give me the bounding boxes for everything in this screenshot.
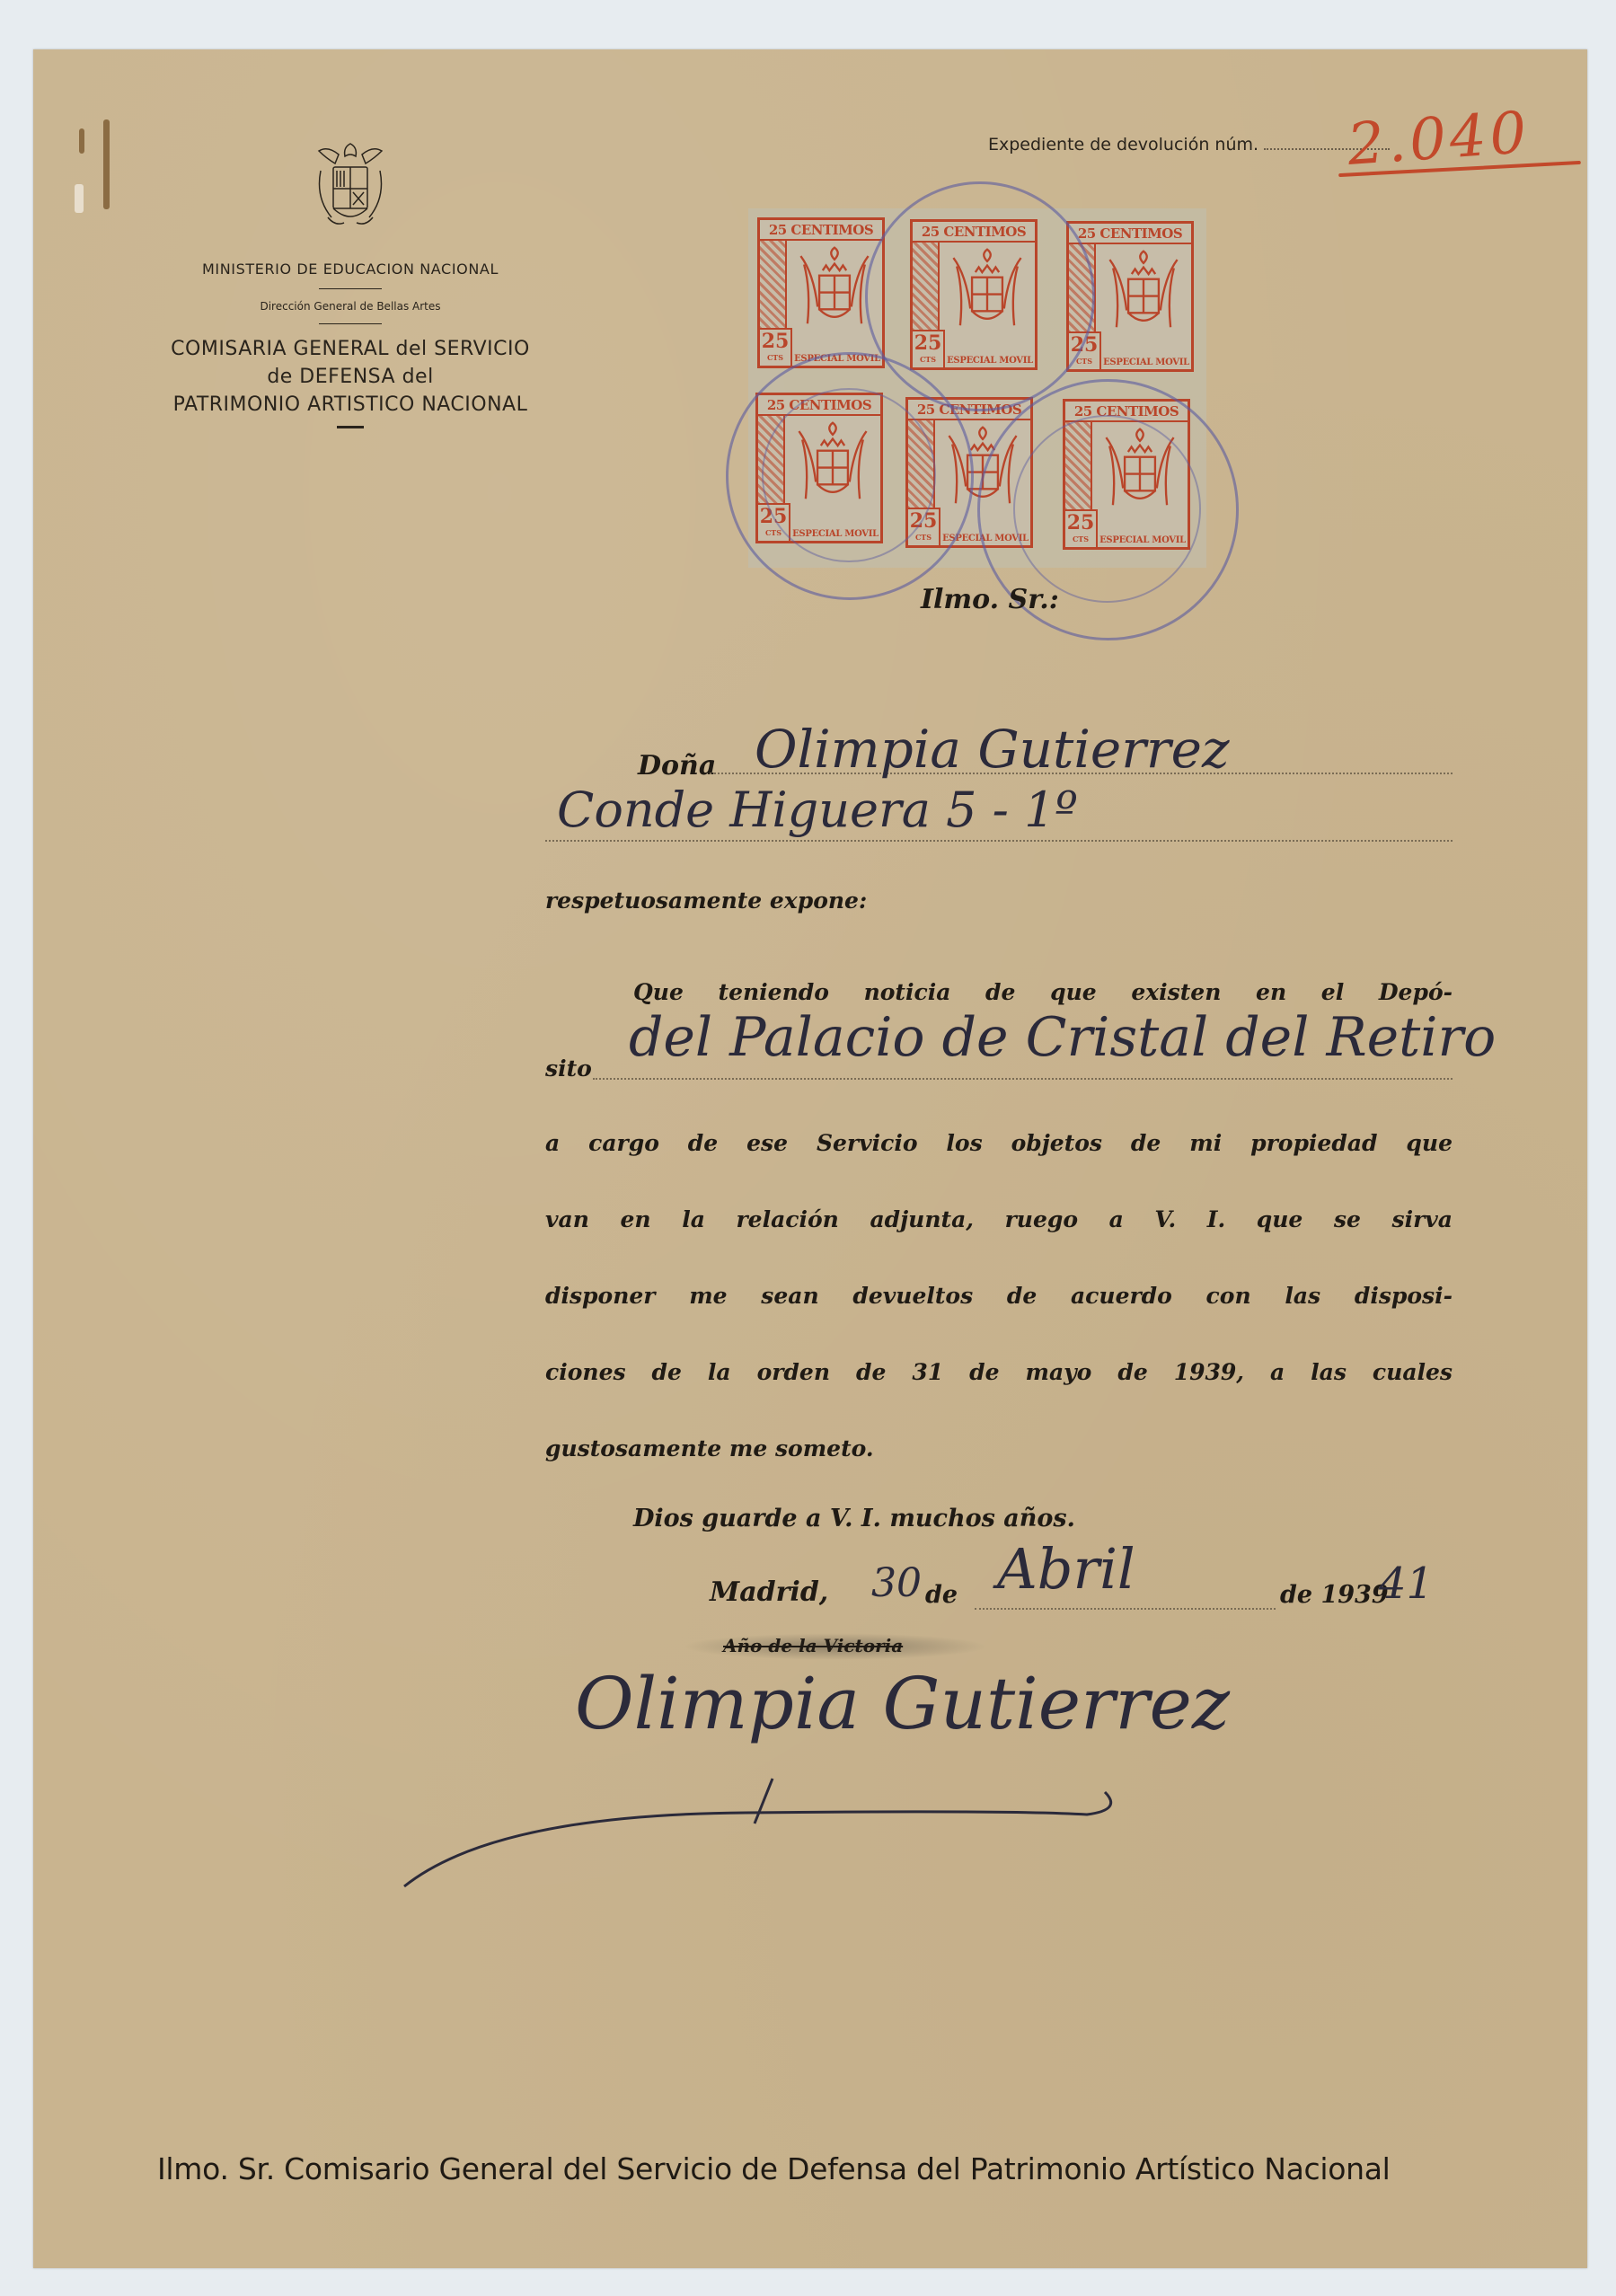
expediente-field: Expediente de devolución núm.	[988, 135, 1390, 155]
body-line: gustosamente me someto.	[545, 1435, 874, 1461]
struck-text: Año de la Victoria	[723, 1635, 903, 1656]
body-line: a cargo de ese Servicio los objetos de m…	[545, 1130, 1453, 1156]
date-month: Abril	[997, 1536, 1135, 1602]
direction-name: Dirección General de Bellas Artes	[135, 300, 566, 313]
petitioner-address: Conde Higuera 5 - 1º	[557, 782, 1078, 838]
revenue-stamps: 25 CENTIMOS 25CTS ESPECIAL MOVIL 25 CENT…	[748, 208, 1206, 568]
dotted-line	[593, 1078, 1453, 1080]
postmark-inner-ring	[1013, 415, 1201, 603]
postmark-inner-ring	[762, 388, 936, 562]
date-year-label: de 1939	[1280, 1581, 1389, 1609]
dotted-line	[545, 840, 1453, 842]
stamp-value: 25CTS	[760, 328, 792, 366]
signature: Olimpia Gutierrez	[575, 1662, 1230, 1745]
comisaria-line: de DEFENSA del	[135, 363, 566, 391]
salutation: Ilmo. Sr.:	[921, 584, 1059, 615]
deposit-location: del Palacio de Cristal del Retiro	[629, 1006, 1496, 1069]
date-de: de	[1280, 1581, 1312, 1609]
eagle-crest-icon	[1101, 247, 1186, 340]
expediente-label: Expediente de devolución núm.	[988, 135, 1258, 155]
expone-text: respetuosamente expone:	[545, 887, 867, 914]
stamp-value-number: 25	[762, 330, 790, 353]
closing-formula: Dios guarde a V. I. muchos años.	[633, 1505, 1075, 1532]
signature-flourish	[386, 1761, 1123, 1895]
body-line: disponer me sean devueltos de acuerdo co…	[545, 1283, 1453, 1309]
date-de: de	[925, 1581, 958, 1609]
date-place: Madrid,	[710, 1576, 828, 1608]
dona-label: Doña	[638, 750, 716, 782]
divider	[319, 288, 382, 289]
body-line: ciones de la orden de 31 de mayo de 1939…	[545, 1359, 1453, 1385]
stamp-type: ESPECIAL MOVIL	[1101, 358, 1191, 367]
stamp-value-unit: CTS	[760, 353, 790, 362]
comisaria-line: PATRIMONIO ARTISTICO NACIONAL	[135, 391, 566, 419]
sito-label: sito	[545, 1055, 592, 1082]
stamp-denomination: 25 CENTIMOS	[1069, 225, 1191, 244]
divider	[319, 323, 382, 324]
date-year-correction: 41	[1379, 1559, 1434, 1609]
stamp-ornament	[760, 240, 787, 339]
ministry-name: MINISTERIO DE EDUCACION NACIONAL	[135, 261, 566, 278]
date-day: 30	[871, 1560, 922, 1606]
stamp-denomination: 25 CENTIMOS	[760, 221, 882, 241]
comisaria-line: COMISARIA GENERAL del SERVICIO	[135, 335, 566, 363]
binding-hole	[75, 184, 84, 213]
comisaria-name: COMISARIA GENERAL del SERVICIO de DEFENS…	[135, 335, 566, 419]
body-line: van en la relación adjunta, ruego a V. I…	[545, 1206, 1453, 1232]
binding-hole	[79, 128, 84, 154]
addressee-footer: Ilmo. Sr. Comisario General del Servicio…	[157, 2151, 1391, 2186]
binding-hole	[103, 119, 110, 209]
letterhead: MINISTERIO DE EDUCACION NACIONAL Direcci…	[135, 135, 566, 428]
eagle-crest-icon	[792, 243, 877, 336]
divider	[337, 426, 364, 428]
body-line: Que teniendo noticia de que existen en e…	[633, 979, 1453, 1005]
petitioner-name: Olimpia Gutierrez	[755, 719, 1230, 780]
spanish-coat-of-arms-icon	[310, 135, 391, 234]
dotted-line	[975, 1608, 1276, 1610]
